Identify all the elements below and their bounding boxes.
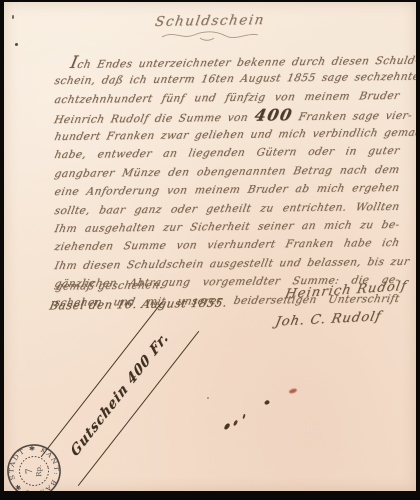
red-ink-smudge [289,388,298,394]
document-body: Ich Endes unterzeichneter bekenne durch … [55,52,399,310]
stamp-center-value: 7 [25,468,35,474]
amount-400: 400 [253,106,295,125]
stamp-center-unit: Rp. [35,465,43,477]
scan-edge-top [0,0,420,2]
diagonal-amount-note: Gutschein 400 Fr. [41,302,199,486]
ink-spot [264,399,270,405]
edge-speck [15,43,18,46]
closing-line: gemäß geschehen. [55,279,165,292]
scanned-document: Schuldschein Ich Endes unterzeichneter b… [0,0,420,500]
scan-edge-left [0,0,4,500]
diagonal-note-text: Gutschein 400 Fr. [68,328,171,460]
signature-joh-c: Joh. C. Rudolf [274,309,383,329]
scan-edge-right [416,0,420,500]
title-flourish [160,29,260,41]
ink-spot [207,397,209,399]
scan-edge-bottom [0,491,420,500]
paper-sheet: Schuldschein Ich Endes unterzeichneter b… [4,2,416,491]
ink-spot [233,420,238,427]
ink-spot [242,414,245,419]
ink-spot [223,422,230,430]
